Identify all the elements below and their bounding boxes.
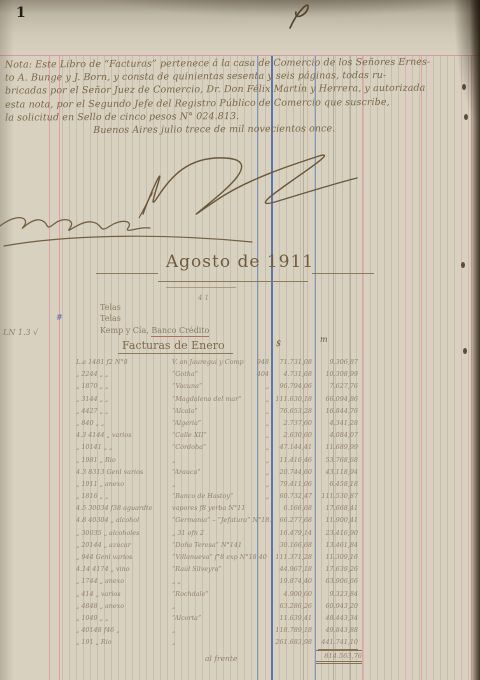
entry-amount-mn: 11.689,99 <box>318 441 358 453</box>
entry-refs: „ 1744 „ anexo <box>76 575 172 587</box>
entry-amount-pesos: 261.683,98 <box>273 636 312 648</box>
entry-amount-pesos: 60.732,47 <box>273 490 312 502</box>
table-row: „ 40148 f46 „ „ 118.789,18 49.843,88 <box>0 624 480 636</box>
table-row: 4.3 8313 Genl varios “Arauca” „ 20.744,6… <box>0 466 480 478</box>
table-row: „ 191 „ Rio „ 261.683,98 441.741,10 <box>0 636 480 648</box>
entry-amount-pesos: 6.166,68 <box>273 502 312 514</box>
folio-mark: 41 <box>198 294 211 302</box>
entry-refs: „ 2244 „ „ <box>76 368 172 380</box>
table-row: „ 1744 „ anexo „ „ 19.874,40 63.906,66 <box>0 575 480 587</box>
entry-quantity: 404 <box>248 368 269 380</box>
entry-refs: „ 840 „ „ <box>76 417 172 429</box>
entry-refs: „ 1981 „ Rio <box>76 454 172 466</box>
entry-quantity: „ <box>248 380 269 392</box>
table-row: „ 30035 „ alcoholes „ 31 ofn 2 16.479,14… <box>0 527 480 539</box>
entry-amount-mn: 10.308,99 <box>318 368 358 380</box>
entry-amount-mn: 6.458,18 <box>318 478 358 490</box>
entry-refs: „ 944 Genl varios <box>76 551 172 563</box>
entry-amount-mn: 49.843,88 <box>318 624 358 636</box>
table-row: 4.3 4144 „ varios “Calle XII” „ 2.630,60… <box>0 429 480 441</box>
entry-quantity: „ <box>248 405 269 417</box>
entry-description: „ <box>172 600 272 612</box>
entry-amount-mn: 43.118,94 <box>318 466 358 478</box>
page-curve-shadow <box>60 0 480 20</box>
entry-amount-mn: 7.627,76 <box>318 380 358 392</box>
entry-amount-mn: 60.943,20 <box>318 600 358 612</box>
table-row: 4.8 40304 „ alcohol “Germania” – “Jefatu… <box>0 514 480 526</box>
entry-amount-pesos: 11.416,46 <box>273 454 312 466</box>
entry-quantity: „ <box>248 466 269 478</box>
table-row: „ 1911 „ anexo „ „ 79.411,06 6.458,18 <box>0 478 480 490</box>
entry-refs: 4.14 4174 „ vino <box>76 563 172 575</box>
margin-pencil-note: LN 1.3 √ <box>3 328 38 337</box>
entry-refs: „ 20144 „ azúcar <box>76 539 172 551</box>
entry-refs: „ 3144 „ „ <box>76 393 172 405</box>
entry-quantity: „ <box>248 417 269 429</box>
entry-quantity: „ <box>248 454 269 466</box>
entry-quantity: „ <box>248 429 269 441</box>
entry-amount-mn: 17.639,26 <box>318 563 358 575</box>
entry-refs: „ 4848 „ anexo <box>76 600 172 612</box>
entry-amount-mn: 4.341,28 <box>318 417 358 429</box>
entry-description: vapores f8 yerba N°11 <box>172 502 272 514</box>
invoice-entries: L.a 1481 f2 N°8 V. an Jauregui y Comp 94… <box>0 356 480 649</box>
table-row: „ 4848 „ anexo „ 63.286,26 60.943,20 <box>0 600 480 612</box>
entry-amount-mn: 16.844,76 <box>318 405 358 417</box>
entry-description: “Alcorta” <box>172 612 272 624</box>
account-line: Telas <box>100 314 121 323</box>
pesos-column-header: $ <box>276 339 281 348</box>
entry-amount-pesos: 20.744,60 <box>273 466 312 478</box>
entry-description: „ 31 ofn 2 <box>172 527 272 539</box>
table-row: „ 20144 „ azúcar “Doña Teresa” N°141 30.… <box>0 539 480 551</box>
entry-amount-mn: 11.309,16 <box>318 551 358 563</box>
entry-amount-mn: 9.306,87 <box>318 356 358 368</box>
account-bank: Banco Crédito <box>151 326 209 337</box>
entry-amount-mn: 63.906,66 <box>318 575 358 587</box>
entry-description: “Raúl Silveyra” <box>172 563 272 575</box>
table-row: „ 1870 „ „ “Vacuna” „ 96.794,06 7.627,76 <box>0 380 480 392</box>
table-row: „ 840 „ „ “Algeria” „ 2.737,60 4.341,28 <box>0 417 480 429</box>
table-row: „ 4427 „ „ “Alcala” „ 76.653,28 16.844,7… <box>0 405 480 417</box>
entry-amount-pesos: 4.731,68 <box>273 368 312 380</box>
entry-amount-pesos: 47.144,41 <box>273 441 312 453</box>
entry-quantity: „ <box>248 490 269 502</box>
entry-description: „ <box>172 624 272 636</box>
table-row: „ 1981 „ Rio „ „ 11.416,46 53.768,68 <box>0 454 480 466</box>
table-row: L.a 1481 f2 N°8 V. an Jauregui y Comp 94… <box>0 356 480 368</box>
table-row: 4.5 30034 f38 aguardte vapores f8 yerba … <box>0 502 480 514</box>
entry-refs: „ 414 „ varios <box>76 588 172 600</box>
table-row: „ 1049 „ „ “Alcorta” 11.639,41 48.443,34 <box>0 612 480 624</box>
notarial-note: Nota: Este Libro de “Facturas” pertenece… <box>5 55 474 137</box>
entry-quantity: „ <box>248 478 269 490</box>
margin-hash-mark: # <box>56 313 63 322</box>
account-line: Kemp y Cía, Banco Crédito <box>100 326 209 335</box>
entry-amount-pesos: 66.277,68 <box>273 514 312 526</box>
page-number: 1 <box>16 5 26 21</box>
entry-amount-pesos: 63.286,26 <box>273 600 312 612</box>
account-name: Kemp y Cía, <box>100 326 151 335</box>
entry-refs: „ 1911 „ anexo <box>76 478 172 490</box>
table-row: „ 944 Genl varios “Villanueva” f°8 exp N… <box>0 551 480 563</box>
month-heading: Agosto de 1911 <box>150 252 330 272</box>
entry-amount-pesos: 111.630,18 <box>273 393 312 405</box>
entry-quantity: „ <box>248 393 269 405</box>
ink-flourish <box>284 0 324 30</box>
heading-rule-right <box>312 273 374 274</box>
heading-rule-left <box>96 273 158 274</box>
entry-amount-pesos: 11.639,41 <box>273 612 312 624</box>
entry-amount-pesos: 111.371,28 <box>273 551 312 563</box>
entry-amount-pesos: 16.479,14 <box>273 527 312 539</box>
entry-refs: „ 1049 „ „ <box>76 612 172 624</box>
entry-amount-mn: 4.084,07 <box>318 429 358 441</box>
entry-amount-mn: 48.443,34 <box>318 612 358 624</box>
entry-description: „ „ <box>172 575 272 587</box>
entry-refs: 4.3 4144 „ varios <box>76 429 172 441</box>
entry-refs: „ 40148 f46 „ <box>76 624 172 636</box>
table-row: „ 10141 „ „ “Córdoba” „ 47.144,41 11.689… <box>0 441 480 453</box>
entry-description: “Doña Teresa” N°141 <box>172 539 272 551</box>
entry-amount-pesos: 76.653,28 <box>273 405 312 417</box>
entry-amount-pesos: 96.794,06 <box>273 380 312 392</box>
entry-refs: L.a 1481 f2 N°8 <box>76 356 172 368</box>
entry-amount-pesos: 71.731,08 <box>273 356 312 368</box>
account-line: Telas <box>100 303 121 312</box>
table-row: „ 1816 „ „ “Banco de Hastoy” „ 60.732,47… <box>0 490 480 502</box>
section-title: Facturas de Enero <box>118 339 233 354</box>
entry-amount-mn: 111.530,87 <box>318 490 358 502</box>
grand-total: 814.563,76 <box>316 650 362 664</box>
entry-refs: „ 10141 „ „ <box>76 441 172 453</box>
entry-amount-mn: 11.900,41 <box>318 514 358 526</box>
entry-refs: „ 191 „ Rio <box>76 636 172 648</box>
entry-amount-mn: 66.094,86 <box>318 393 358 405</box>
entry-amount-pesos: 4.900,60 <box>273 588 312 600</box>
entry-amount-mn: 9.323,84 <box>318 588 358 600</box>
table-row: „ 3144 „ „ “Magdalena del mar” „ 111.630… <box>0 393 480 405</box>
table-row: „ 2244 „ „ “Gotha” 404 4.731,68 10.308,9… <box>0 368 480 380</box>
entry-amount-mn: 17.668,41 <box>318 502 358 514</box>
entry-amount-mn: 53.768,68 <box>318 454 358 466</box>
table-row: 4.14 4174 „ vino “Raúl Silveyra” 44.967,… <box>0 563 480 575</box>
table-row: „ 414 „ varios “Rochdale” 4.900,60 9.323… <box>0 588 480 600</box>
entry-description: „ <box>172 636 272 648</box>
entry-amount-pesos: 30.166,68 <box>273 539 312 551</box>
moneda-column-header: m <box>320 335 328 344</box>
heading-underline <box>158 281 308 282</box>
entry-amount-mn: 23.416,90 <box>318 527 358 539</box>
entry-description: “Rochdale” <box>172 588 272 600</box>
heading-underline-2 <box>166 287 236 288</box>
ledger-page-scan: 1 Nota: Este Libro de “Facturas” pertene… <box>0 0 480 680</box>
entry-amount-pesos: 44.967,18 <box>273 563 312 575</box>
entry-amount-pesos: 118.789,18 <box>273 624 312 636</box>
entry-amount-pesos: 2.630,60 <box>273 429 312 441</box>
entry-description: “Villanueva” f°8 exp N°18.40 <box>172 551 272 563</box>
carry-forward-label: al frente <box>205 654 237 663</box>
entry-refs: „ 1816 „ „ <box>76 490 172 502</box>
entry-amount-pesos: 19.874,40 <box>273 575 312 587</box>
page-edge-speck <box>463 348 467 354</box>
entry-refs: 4.8 40304 „ alcohol <box>76 514 172 526</box>
entry-amount-mn: 441.741,10 <box>318 636 358 649</box>
entry-description: “Germania” – “Jefatura” N°18.10 <box>172 514 272 526</box>
entry-refs: 4.5 30034 f38 aguardte <box>76 502 172 514</box>
entry-amount-pesos: 79.411,06 <box>273 478 312 490</box>
page-edge-speck <box>461 262 465 268</box>
entry-refs: „ 1870 „ „ <box>76 380 172 392</box>
entry-refs: 4.3 8313 Genl varios <box>76 466 172 478</box>
entry-amount-pesos: 2.737,60 <box>273 417 312 429</box>
entry-amount-mn: 13.461,84 <box>318 539 358 551</box>
entry-quantity: 948 <box>248 356 269 368</box>
entry-refs: „ 4427 „ „ <box>76 405 172 417</box>
entry-refs: „ 30035 „ alcoholes <box>76 527 172 539</box>
entry-quantity: „ <box>248 441 269 453</box>
